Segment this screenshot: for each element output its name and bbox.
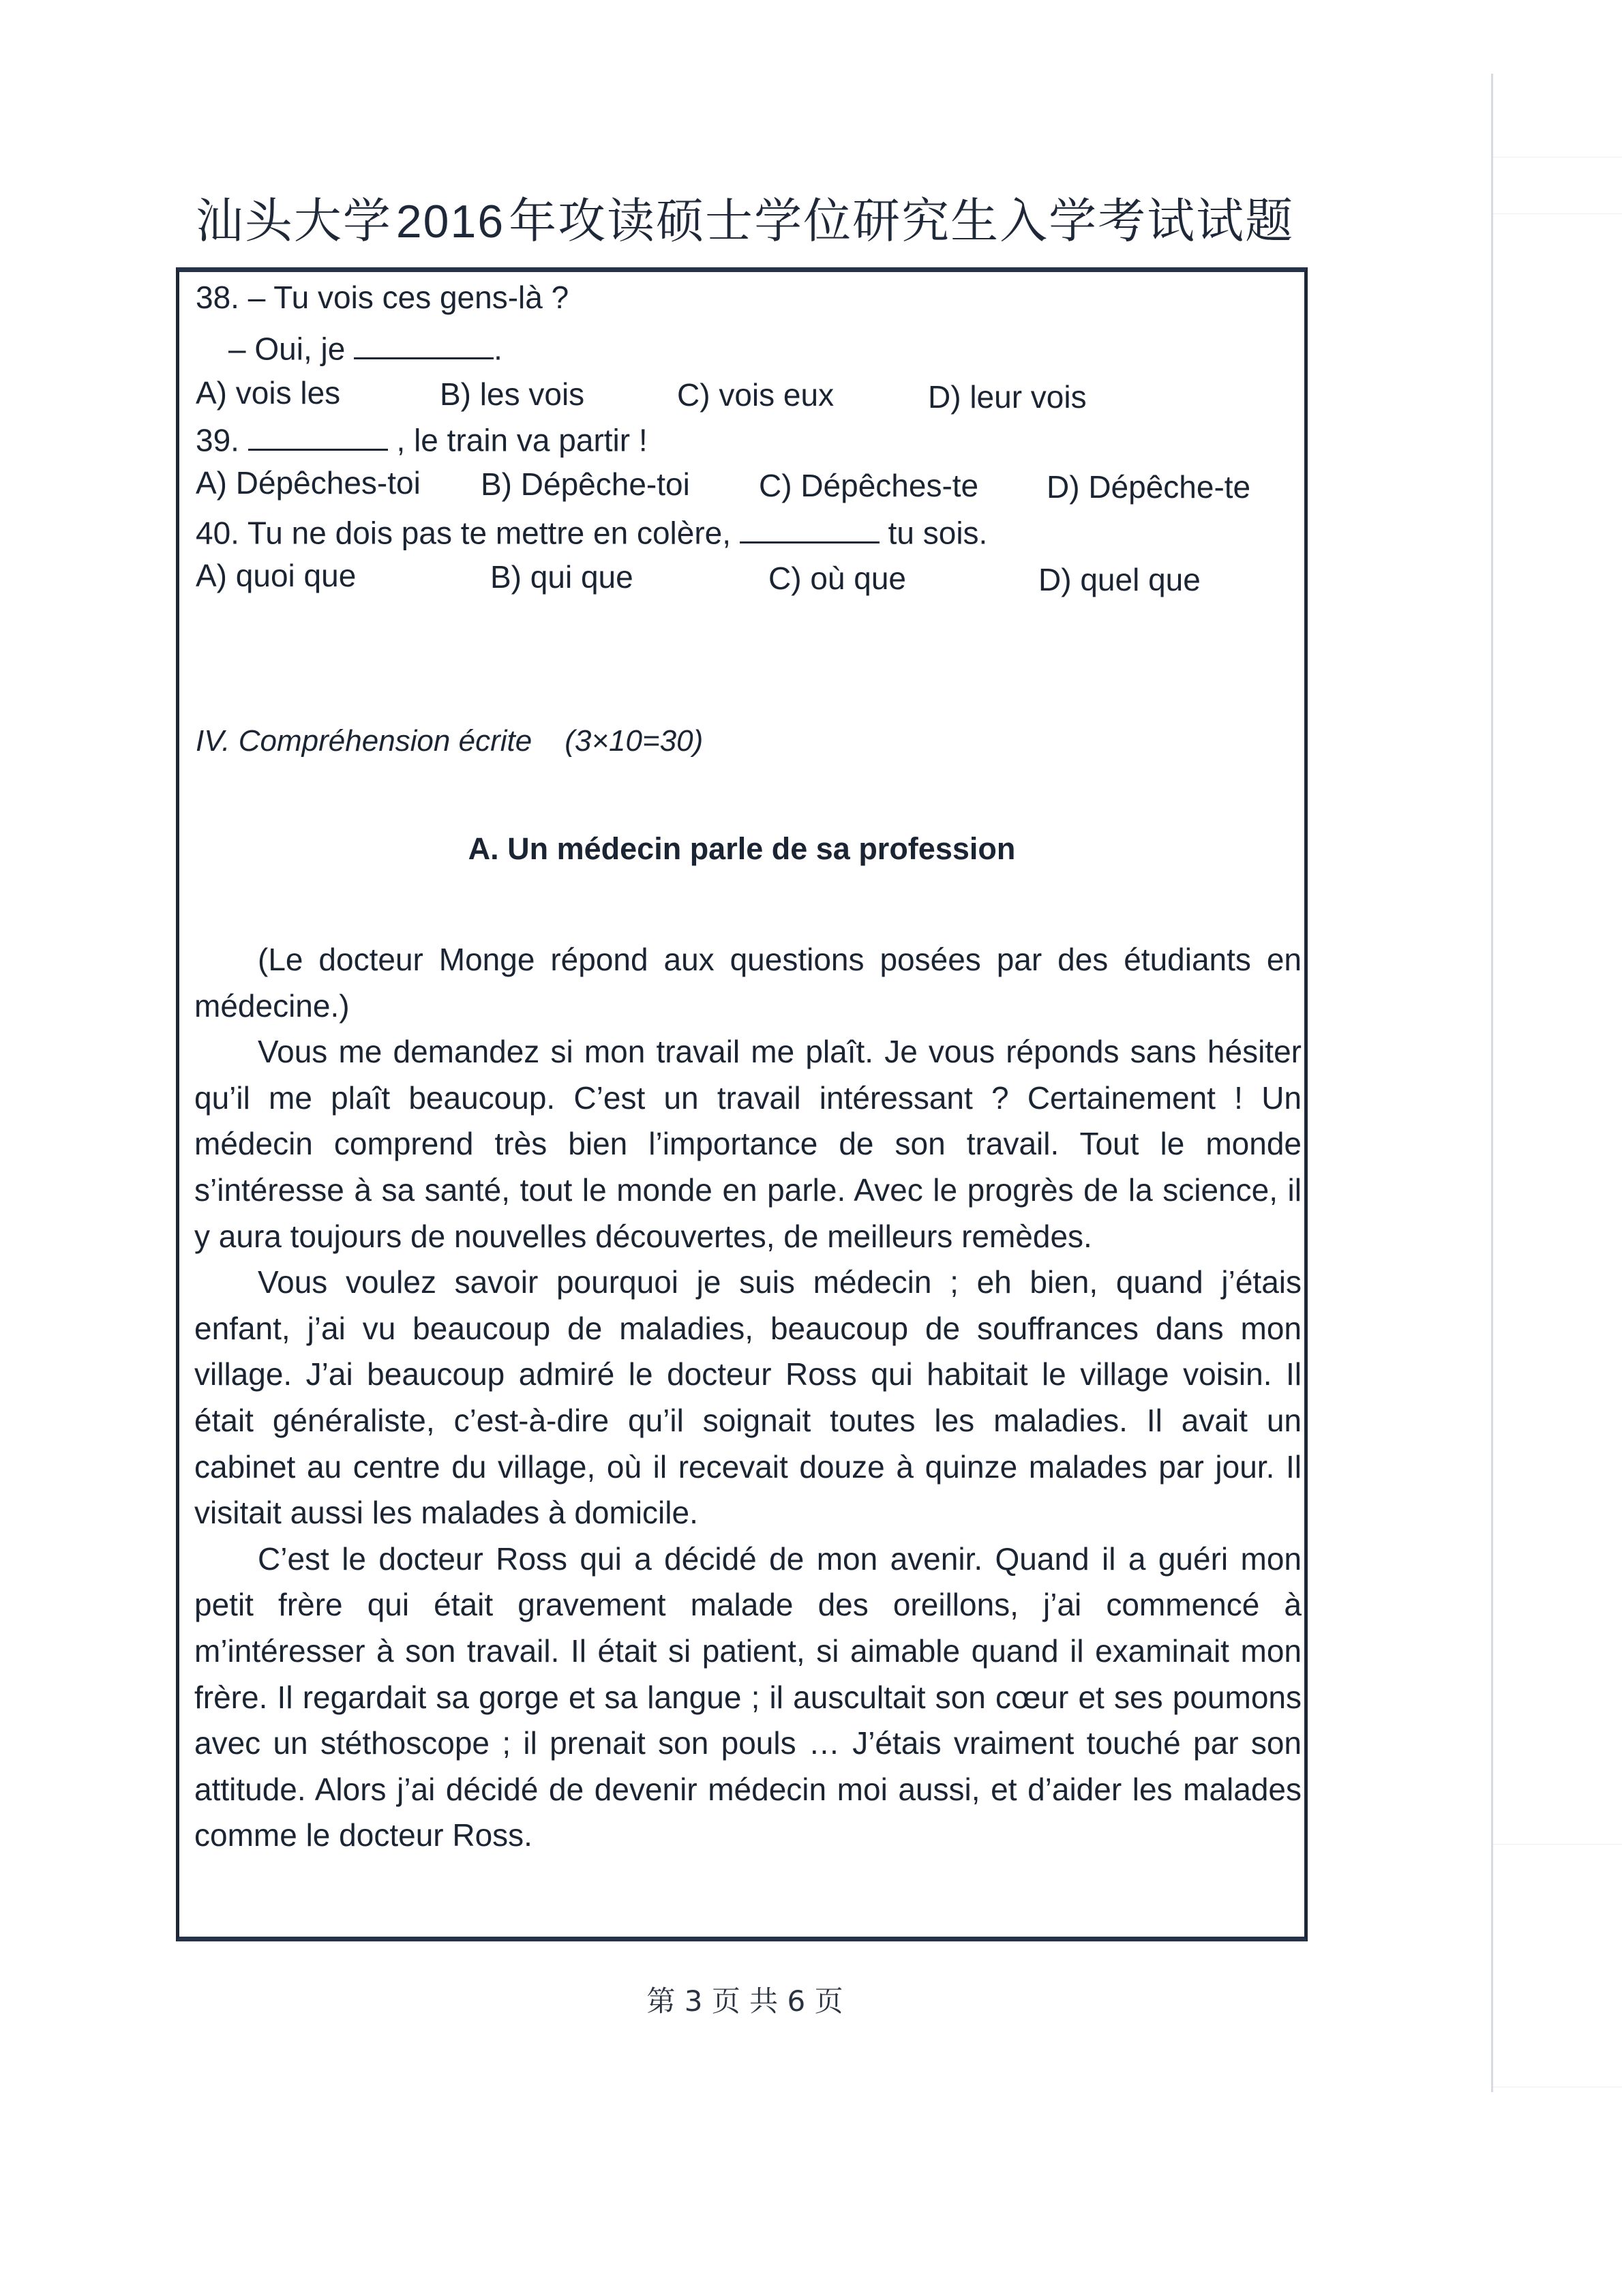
question-38: 38. – Tu vois ces gens-là ? [196, 282, 569, 313]
exam-title: 汕头大学2016年攻读硕士学位研究生入学考试试题 [0, 183, 1490, 252]
scan-artifact-line [1493, 157, 1622, 158]
question-40: 40. Tu ne dois pas te mettre en colère, … [196, 513, 987, 548]
answer-blank [248, 421, 388, 451]
answer-blank [740, 513, 880, 543]
reply-suffix: . [494, 331, 502, 366]
question-frame: 38. – Tu vois ces gens-là ? – Oui, je . … [176, 267, 1308, 1941]
option-a: A) vois les [196, 377, 340, 408]
question-prompt: Tu ne dois pas te mettre en colère, [247, 515, 731, 550]
answer-blank [354, 329, 494, 359]
option-d: D) Dépêche-te [1047, 471, 1250, 503]
reply-prefix: – Oui, je [228, 331, 345, 366]
question-prompt-end: tu sois. [888, 515, 988, 550]
question-number: 39. [196, 422, 239, 458]
passage-paragraph: (Le docteur Monge répond aux questions p… [194, 937, 1302, 1029]
scan-artifact-line [1493, 2087, 1622, 2087]
option-a: A) quoi que [196, 560, 356, 591]
passage-paragraph: Vous me demandez si mon travail me plaît… [194, 1029, 1302, 1259]
option-c: C) où que [768, 563, 906, 594]
question-prompt: , le train va partir ! [397, 422, 648, 458]
option-b: B) les vois [440, 378, 584, 410]
title-year: 2016 [396, 196, 505, 248]
title-rest: 年攻读硕士学位研究生入学考试试题 [509, 193, 1294, 249]
section-title: IV. Compréhension écrite [196, 724, 532, 758]
option-d: D) leur vois [928, 381, 1087, 413]
passage-paragraph: Vous voulez savoir pourquoi je suis méde… [194, 1259, 1302, 1536]
scan-artifact-line [1493, 213, 1622, 214]
question-number: 40. [196, 515, 239, 550]
scan-edge-line [1491, 74, 1493, 2092]
option-a: A) Dépêches-toi [196, 467, 421, 498]
reading-passage: (Le docteur Monge répond aux questions p… [194, 937, 1302, 1859]
option-d: D) quel que [1038, 564, 1201, 595]
option-c: C) Dépêches-te [759, 470, 978, 501]
question-number: 38. [196, 280, 239, 315]
question-38-reply: – Oui, je . [228, 329, 502, 364]
passage-paragraph: C’est le docteur Ross qui a décidé de mo… [194, 1536, 1302, 1859]
question-prompt: – Tu vois ces gens-là ? [248, 280, 569, 315]
title-university: 汕头大学 [196, 193, 392, 249]
section-heading: IV. Compréhension écrite(3×10=30) [196, 724, 703, 758]
scan-artifact-line [1493, 1844, 1622, 1845]
passage-title: A. Un médecin parle de sa profession [179, 831, 1304, 867]
option-c: C) vois eux [677, 379, 834, 411]
option-b: B) Dépêche-toi [481, 468, 690, 500]
question-39: 39. , le train va partir ! [196, 421, 648, 456]
section-points: (3×10=30) [565, 724, 703, 758]
page-number: 第 3 页 共 6 页 [0, 1979, 1490, 2020]
option-b: B) qui que [490, 561, 633, 593]
